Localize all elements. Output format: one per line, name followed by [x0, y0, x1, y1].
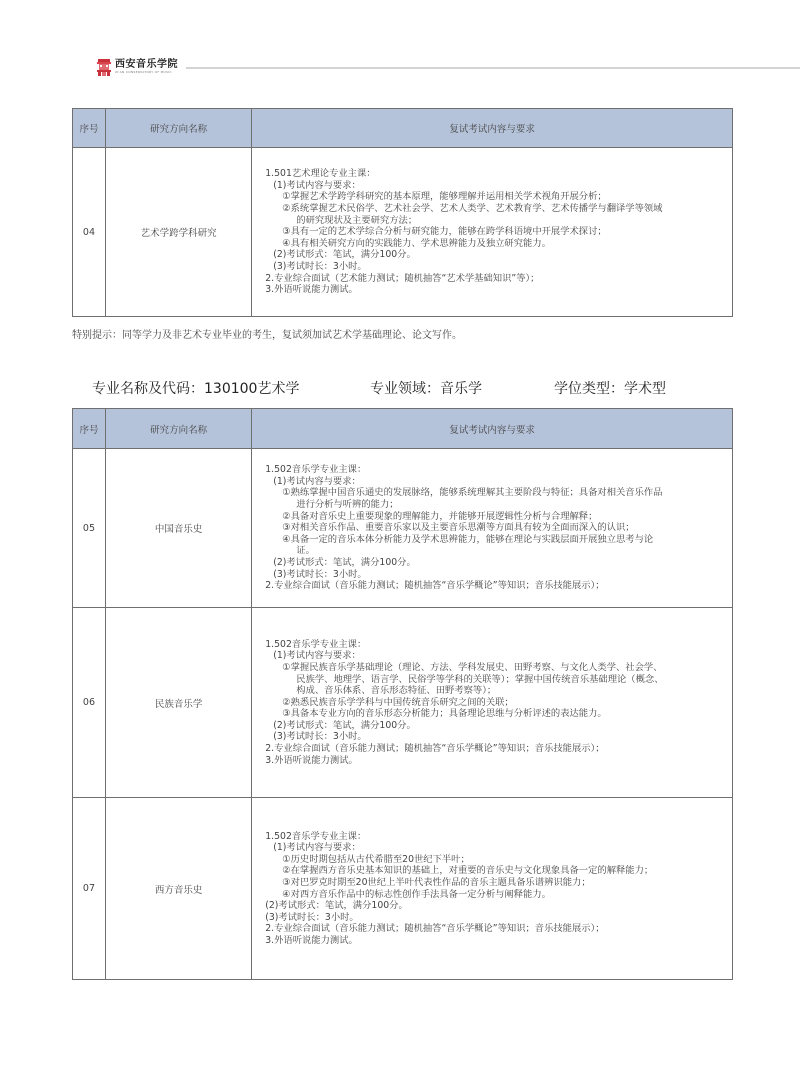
school-name: 西安音乐学院: [115, 59, 178, 70]
requirement-line: 3.外语听说能力测试。: [265, 755, 724, 767]
table-header-row: 序号 研究方向名称 复试考试内容与要求: [73, 109, 733, 148]
header-content: 复试考试内容与要求: [252, 409, 733, 449]
requirement-line: ②系统掌握艺术民俗学、艺术社会学、艺术人类学、艺术教育学、艺术传播学与翻译学等领…: [265, 203, 724, 215]
requirement-line: (2)考试形式：笔试，满分100分。: [265, 557, 724, 569]
row-content: 1.502音乐学专业主课：(1)考试内容与要求：①熟练掌握中国音乐通史的发展脉络…: [252, 449, 733, 608]
table-row: 07 西方音乐史 1.502音乐学专业主课：(1)考试内容与要求：①历史时期包括…: [73, 798, 733, 980]
requirement-line: (3)考试时长：3小时。: [265, 731, 724, 743]
requirement-line: 1.502音乐学专业主课：: [265, 831, 724, 843]
table-row: 05 中国音乐史 1.502音乐学专业主课：(1)考试内容与要求：①熟练掌握中国…: [73, 449, 733, 608]
requirement-line: ②在掌握西方音乐史基本知识的基础上，对重要的音乐史与文化现象具备一定的解释能力；: [265, 865, 724, 877]
requirement-line: ②熟悉民族音乐学学科与中国传统音乐研究之间的关联；: [265, 697, 724, 709]
requirement-line: (2)考试形式：笔试，满分100分。: [265, 720, 724, 732]
table-header-row: 序号 研究方向名称 复试考试内容与要求: [73, 409, 733, 449]
row-direction-name: 中国音乐史: [105, 449, 251, 608]
degree-type: 学位类型：学术型: [554, 378, 666, 398]
requirement-line: (1)考试内容与要求：: [265, 476, 724, 488]
school-emblem-icon: [97, 59, 111, 75]
requirement-line: 2.专业综合面试（艺术能力测试；随机抽答“艺术学基础知识”等）；: [265, 273, 724, 285]
requirement-line: ②具备对音乐史上重要现象的理解能力，并能够开展逻辑性分析与合理解释；: [265, 511, 724, 523]
row-num: 04: [73, 148, 106, 317]
requirement-line: ①熟练掌握中国音乐通史的发展脉络，能够系统理解其主要阶段与特征；具备对相关音乐作…: [265, 487, 724, 499]
header-num: 序号: [73, 409, 106, 449]
requirement-line: (2)考试形式：笔试，满分100分。: [265, 900, 724, 912]
requirements-table-1: 序号 研究方向名称 复试考试内容与要求 04 艺术学跨学科研究 1.501艺术理…: [72, 108, 733, 317]
row-content: 1.502音乐学专业主课：(1)考试内容与要求：①历史时期包括从古代希腊至20世…: [252, 798, 733, 980]
requirement-line: ①历史时期包括从古代希腊至20世纪下半叶；: [265, 854, 724, 866]
requirement-line: ①掌握民族音乐学基础理论（理论、方法、学科发展史、田野考察、与文化人类学、社会学…: [265, 662, 724, 674]
requirement-line: ③具备本专业方向的音乐形态分析能力；具备理论思维与分析评述的表达能力。: [265, 708, 724, 720]
row-num: 06: [73, 608, 106, 798]
requirement-line: 的研究现状及主要研究方法；: [265, 215, 724, 227]
page-header: 西安音乐学院 XI'AN CONSERVATORY OF MUSIC: [0, 0, 800, 90]
row-direction-name: 艺术学跨学科研究: [105, 148, 251, 317]
row-direction-name: 西方音乐史: [105, 798, 251, 980]
row-direction-name: 民族音乐学: [105, 608, 251, 798]
header-content: 复试考试内容与要求: [252, 109, 733, 148]
header-direction: 研究方向名称: [105, 109, 251, 148]
requirement-line: (1)考试内容与要求：: [265, 180, 724, 192]
requirements-table-2: 序号 研究方向名称 复试考试内容与要求 05 中国音乐史 1.502音乐学专业主…: [72, 408, 733, 980]
school-logo: 西安音乐学院 XI'AN CONSERVATORY OF MUSIC: [97, 59, 178, 75]
requirement-line: 1.502音乐学专业主课：: [265, 639, 724, 651]
row-content: 1.501艺术理论专业主课：(1)考试内容与要求：①掌握艺术学跨学科研究的基本原…: [252, 148, 733, 317]
requirement-line: 3.外语听说能力测试。: [265, 284, 724, 296]
major-name-code: 专业名称及代码：130100艺术学: [92, 378, 370, 398]
school-name-english: XI'AN CONSERVATORY OF MUSIC: [115, 70, 178, 75]
requirement-line: 1.502音乐学专业主课：: [265, 464, 724, 476]
requirement-line: (1)考试内容与要求：: [265, 650, 724, 662]
requirement-line: ③具有一定的艺术学综合分析与研究能力，能够在跨学科语境中开展学术探讨；: [265, 226, 724, 238]
requirement-line: (3)考试时长：3小时。: [265, 569, 724, 581]
table-row: 04 艺术学跨学科研究 1.501艺术理论专业主课：(1)考试内容与要求：①掌握…: [73, 148, 733, 317]
requirement-line: (3)考试时长：3小时。: [265, 912, 724, 924]
requirement-line: 1.501艺术理论专业主课：: [265, 168, 724, 180]
requirement-line: ①掌握艺术学跨学科研究的基本原理，能够理解并运用相关学术视角开展分析；: [265, 191, 724, 203]
requirement-line: (2)考试形式：笔试，满分100分。: [265, 249, 724, 261]
requirement-line: ④对西方音乐作品中的标志性创作手法具备一定分析与阐释能力。: [265, 889, 724, 901]
requirement-line: (1)考试内容与要求：: [265, 842, 724, 854]
row-num: 07: [73, 798, 106, 980]
requirement-line: 进行分析与听辨的能力；: [265, 499, 724, 511]
requirement-line: 2.专业综合面试（音乐能力测试；随机抽答“音乐学概论”等知识；音乐技能展示）；: [265, 743, 724, 755]
major-info: 专业名称及代码：130100艺术学 专业领域：音乐学 学位类型：学术型: [92, 378, 666, 398]
major-field: 专业领域：音乐学: [370, 378, 554, 398]
requirement-line: 2.专业综合面试（音乐能力测试；随机抽答“音乐学概论”等知识；音乐技能展示）；: [265, 580, 724, 592]
header-num: 序号: [73, 109, 106, 148]
requirement-line: ④具备一定的音乐本体分析能力及学术思辨能力，能够在理论与实践层面开展独立思考与论: [265, 534, 724, 546]
requirement-line: 3.外语听说能力测试。: [265, 935, 724, 947]
requirement-line: ③对巴罗克时期至20世纪上半叶代表性作品的音乐主题具备乐谱辨识能力；: [265, 877, 724, 889]
requirement-line: 民族学、地理学、语言学、民俗学等学科的关联等）；掌握中国传统音乐基础理论（概念、: [265, 674, 724, 686]
requirement-line: 2.专业综合面试（音乐能力测试；随机抽答“音乐学概论”等知识；音乐技能展示）；: [265, 923, 724, 935]
requirement-line: 构成、音乐体系、音乐形态特征、田野考察等）；: [265, 685, 724, 697]
header-direction: 研究方向名称: [105, 409, 251, 449]
requirement-line: ④具有相关研究方向的实践能力、学术思辨能力及独立研究能力。: [265, 238, 724, 250]
row-num: 05: [73, 449, 106, 608]
requirement-line: ③对相关音乐作品、重要音乐家以及主要音乐思潮等方面具有较为全面而深入的认识；: [265, 522, 724, 534]
requirement-line: (3)考试时长：3小时。: [265, 261, 724, 273]
row-content: 1.502音乐学专业主课：(1)考试内容与要求：①掌握民族音乐学基础理论（理论、…: [252, 608, 733, 798]
requirement-line: 证。: [265, 545, 724, 557]
table-row: 06 民族音乐学 1.502音乐学专业主课：(1)考试内容与要求：①掌握民族音乐…: [73, 608, 733, 798]
header-divider: [186, 67, 800, 69]
special-note: 特别提示：同等学力及非艺术专业毕业的考生，复试须加试艺术学基础理论、论文写作。: [72, 326, 462, 341]
